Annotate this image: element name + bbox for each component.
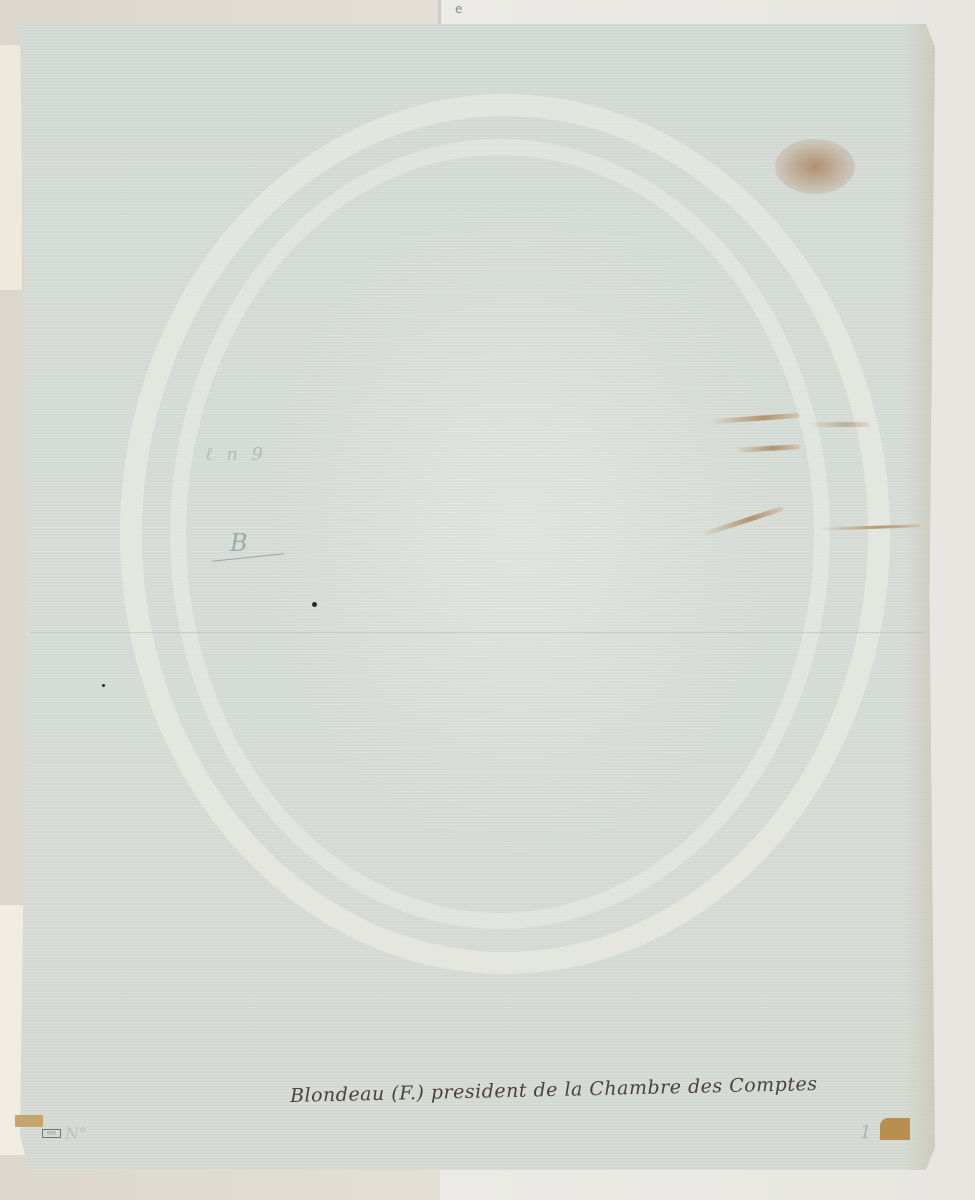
fold-line: [30, 632, 925, 633]
corner-tape-left: [15, 1115, 43, 1127]
ink-dot: [312, 602, 317, 607]
pencil-note-upper: ℓ n 9: [205, 444, 267, 465]
collection-stamp: ▯▯▯: [42, 1129, 61, 1138]
pencil-letter-mark: B: [230, 529, 248, 557]
adhesive-streak: [810, 422, 870, 427]
top-edge-mark: e: [455, 2, 462, 16]
handwritten-inscription: Blondeau (F.) president de la Chambre de…: [290, 1073, 818, 1107]
foxing-stain: [775, 139, 855, 194]
ink-dot: [102, 684, 105, 687]
corner-tape-right: [880, 1118, 910, 1140]
pencil-number-lower-left: N°: [65, 1124, 87, 1143]
hinge-tab-top: [0, 45, 23, 290]
oval-plate-mark-inner: [170, 139, 830, 929]
paper-sheet: ℓ n 9 B 1 10 N° Blondeau (F.) president …: [20, 24, 935, 1170]
